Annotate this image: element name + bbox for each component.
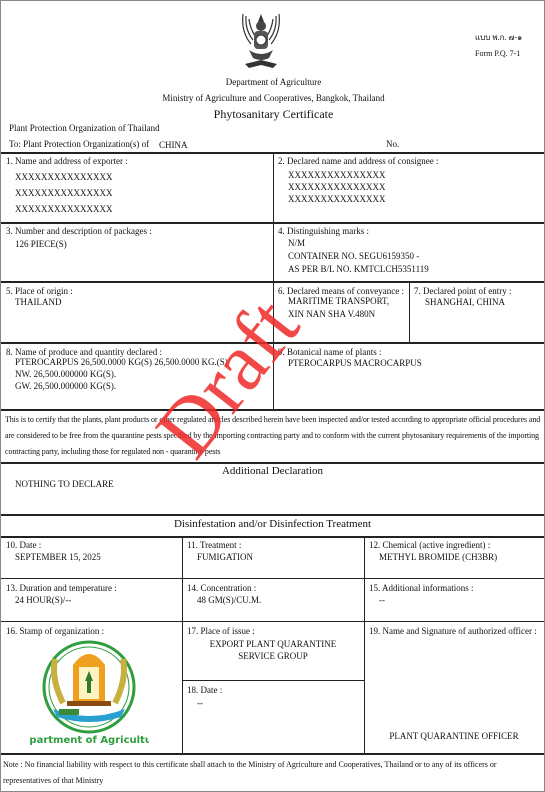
to-label: To: Plant Protection Organization(s) of [9, 139, 149, 149]
treatment-value: FUMIGATION [197, 550, 253, 564]
garuda-emblem-icon [239, 6, 283, 72]
issue-date-value: -- [197, 696, 203, 710]
botanical-value: PTEROCARPUS MACROCARPUS [288, 356, 422, 370]
marks-value: N/M CONTAINER NO. SEGU6159350 - AS PER B… [288, 237, 429, 276]
packages-value: 126 PIECE(S) [15, 237, 67, 251]
note-text: Note : No financial liability with respe… [3, 757, 541, 789]
packages-label: 3. Number and description of packages : [6, 225, 152, 237]
certificate-page: แบบ พ.ก. ๗-๑ Form P.Q. 7-1 Department of… [0, 0, 545, 792]
department-stamp-icon: Department of Agriculture [29, 639, 149, 747]
treatment-title: Disinfestation and/or Disinfection Treat… [1, 518, 544, 530]
form-code-thai: แบบ พ.ก. ๗-๑ [475, 31, 522, 44]
organization-name: Plant Protection Organization of Thailan… [9, 123, 160, 133]
chemical-value: METHYL BROMIDE (CH3BR) [379, 550, 497, 564]
conveyance-value: MARITIME TRANSPORT, XIN NAN SHA V.480N [288, 295, 389, 321]
treatment-date-value: SEPTEMBER 15, 2025 [15, 550, 101, 564]
additional-declaration-value: NOTHING TO DECLARE [15, 477, 114, 491]
stamp-label: 16. Stamp of organization : [6, 625, 104, 637]
produce-value: PTEROCARPUS 26,500.0000 KG(S) 26,500.000… [15, 356, 228, 392]
entry-point-value: SHANGHAI, CHINA [425, 295, 505, 309]
page-title: Phytosanitary Certificate [1, 107, 545, 122]
exporter-label: 1. Name and address of exporter : [6, 155, 128, 167]
marks-label: 4. Distinguishing marks : [278, 225, 369, 237]
issue-date-label: 18. Date : [187, 684, 222, 696]
department-name: Department of Agriculture [1, 77, 545, 87]
additional-declaration-title: Additional Declaration [1, 465, 544, 477]
to-value: CHINA [159, 140, 188, 150]
officer-label: 19. Name and Signature of authorized off… [369, 625, 537, 637]
ministry-name: Ministry of Agriculture and Cooperatives… [1, 93, 545, 103]
additional-info-value: -- [379, 593, 385, 607]
no-label: No. [386, 139, 399, 149]
officer-value: PLANT QUARANTINE OFFICER [364, 729, 544, 743]
exporter-value: XXXXXXXXXXXXXXX XXXXXXXXXXXXXXX XXXXXXXX… [15, 169, 113, 217]
certification-text: This is to certify that the plants, plan… [5, 412, 541, 460]
concentration-value: 48 GM(S)/CU.M. [197, 593, 261, 607]
duration-value: 24 HOUR(S)/-- [15, 593, 71, 607]
form-code: Form P.Q. 7-1 [475, 49, 520, 58]
origin-value: THAILAND [15, 295, 62, 309]
place-of-issue-label: 17. Place of issue : [187, 625, 255, 637]
svg-text:Department of Agriculture: Department of Agriculture [29, 735, 149, 746]
consignee-label: 2. Declared name and address of consigne… [278, 155, 438, 167]
consignee-value: XXXXXXXXXXXXXXX XXXXXXXXXXXXXXX XXXXXXXX… [288, 169, 386, 205]
place-of-issue-value: EXPORT PLANT QUARANTINE SERVICE GROUP [182, 638, 364, 662]
